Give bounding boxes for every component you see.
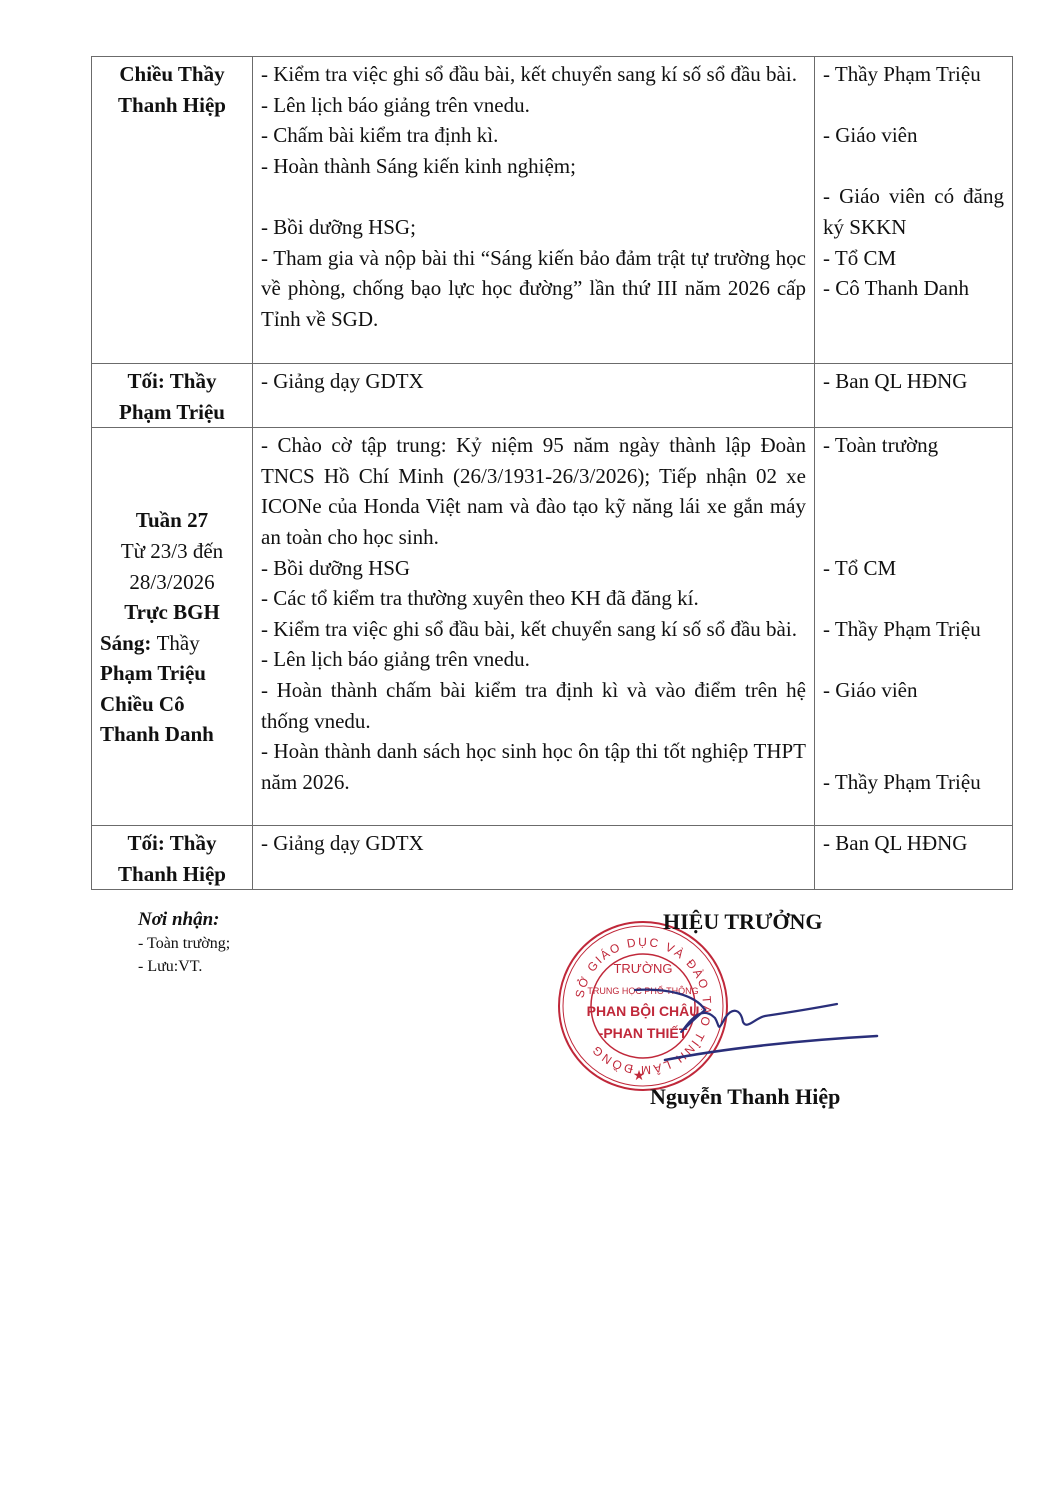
duty-name: Thanh Hiệp [100,859,244,890]
responsible-item: - Thầy Phạm Triệu [823,614,1004,645]
week-range: 28/3/2026 [100,567,244,598]
official-stamp-icon: SỞ GIÁO DỤC VÀ ĐÀO TẠO TỈNH LÂM ĐỒNG TRƯ… [555,918,885,1093]
afternoon-name: Thanh Danh [100,719,244,750]
task-item: - Chào cờ tập trung: Kỷ niệm 95 năm ngày… [261,430,806,552]
recipient-item: - Lưu:VT. [138,955,230,978]
responsible-spacer [823,583,1004,614]
task-item: - Bồi dưỡng HSG [261,553,806,584]
responsible-cell: - Ban QL HĐNG [815,826,1013,890]
responsible-item: - Ban QL HĐNG [823,828,1004,859]
task-item: - Lên lịch báo giảng trên vnedu. [261,644,806,675]
recipients-block: Nơi nhận: - Toàn trường; - Lưu:VT. [138,908,230,978]
week-range: Từ 23/3 đến [100,536,244,567]
week-label: Tuần 27 [100,505,244,536]
responsible-cell: - Toàn trường - Tổ CM - Thầy Phạm Triệu … [815,428,1013,826]
task-item: - Hoàn thành Sáng kiến kinh nghiệm; [261,151,806,182]
signer-role: HIỆU TRƯỞNG [663,908,823,936]
duty-person-cell: Tối: Thầy Thanh Hiệp [92,826,253,890]
responsible-spacer [823,151,1004,182]
duty-heading: Trực BGH [100,597,244,628]
table-row: Tối: Thầy Phạm Triệu - Giảng dạy GDTX - … [92,364,1013,428]
task-spacer [261,181,806,212]
task-item: - Lên lịch báo giảng trên vnedu. [261,90,806,121]
recipients-title: Nơi nhận: [138,908,230,932]
tasks-cell: - Kiểm tra việc ghi sổ đầu bài, kết chuy… [253,57,815,364]
svg-text:★: ★ [633,1069,646,1084]
responsible-item: - Giáo viên có đăng ký SKKN [823,181,1004,242]
responsible-spacer [823,461,1004,553]
duty-person-cell: Tối: Thầy Phạm Triệu [92,364,253,428]
duty-name: Phạm Triệu [100,397,244,428]
task-item: - Bồi dưỡng HSG; [261,212,806,243]
responsible-spacer [823,90,1004,121]
morning-title: Thầy [157,631,200,655]
morning-name: Phạm Triệu [100,658,244,689]
responsible-cell: - Thầy Phạm Triệu - Giáo viên - Giáo viê… [815,57,1013,364]
responsible-cell: - Ban QL HĐNG [815,364,1013,428]
task-item: - Hoàn thành chấm bài kiểm tra định kì v… [261,675,806,736]
responsible-item: - Thầy Phạm Triệu [823,767,1004,798]
task-item: - Hoàn thành danh sách học sinh học ôn t… [261,736,806,797]
responsible-item: - Tổ CM [823,243,1004,274]
task-item: - Kiểm tra việc ghi sổ đầu bài, kết chuy… [261,59,806,90]
responsible-item: - Thầy Phạm Triệu [823,59,1004,90]
duty-person-cell: Chiều Thầy Thanh Hiệp [92,57,253,364]
responsible-spacer [823,644,1004,675]
table-row: Tuần 27 Từ 23/3 đến 28/3/2026 Trực BGH S… [92,428,1013,826]
task-item: - Giảng dạy GDTX [261,366,806,397]
task-item: - Chấm bài kiểm tra định kì. [261,120,806,151]
morning-label: Sáng: [100,631,151,655]
tasks-cell: - Giảng dạy GDTX [253,826,815,890]
duty-label: Chiều Thầy [100,59,244,90]
responsible-item: - Tổ CM [823,553,1004,584]
responsible-item: - Giáo viên [823,120,1004,151]
duty-label: Tối: Thầy [100,366,244,397]
recipient-item: - Toàn trường; [138,932,230,955]
responsible-item: - Ban QL HĐNG [823,366,1004,397]
tasks-cell: - Chào cờ tập trung: Kỷ niệm 95 năm ngày… [253,428,815,826]
svg-text:PHAN BỘI CHÂU: PHAN BỘI CHÂU [587,1002,700,1019]
duty-label: Tối: Thầy [100,828,244,859]
responsible-spacer [823,706,1004,767]
week-cell: Tuần 27 Từ 23/3 đến 28/3/2026 Trực BGH S… [92,428,253,826]
table-row: Tối: Thầy Thanh Hiệp - Giảng dạy GDTX - … [92,826,1013,890]
duty-schedule-table: Chiều Thầy Thanh Hiệp - Kiểm tra việc gh… [91,56,1013,890]
responsible-item: - Giáo viên [823,675,1004,706]
tasks-cell: - Giảng dạy GDTX [253,364,815,428]
task-item: - Giảng dạy GDTX [261,828,806,859]
table-row: Chiều Thầy Thanh Hiệp - Kiểm tra việc gh… [92,57,1013,364]
task-item: - Các tổ kiểm tra thường xuyên theo KH đ… [261,583,806,614]
signer-name: Nguyễn Thanh Hiệp [650,1083,840,1111]
responsible-item: - Toàn trường [823,430,1004,461]
svg-text:-PHAN THIẾT: -PHAN THIẾT [599,1025,688,1041]
task-item: - Tham gia và nộp bài thi “Sáng kiến bảo… [261,243,806,335]
svg-text:TRƯỜNG: TRƯỜNG [613,961,672,976]
duty-name: Thanh Hiệp [100,90,244,121]
task-item: - Kiểm tra việc ghi sổ đầu bài, kết chuy… [261,614,806,645]
afternoon-label: Chiều Cô [100,689,244,720]
responsible-item: - Cô Thanh Danh [823,273,1004,304]
